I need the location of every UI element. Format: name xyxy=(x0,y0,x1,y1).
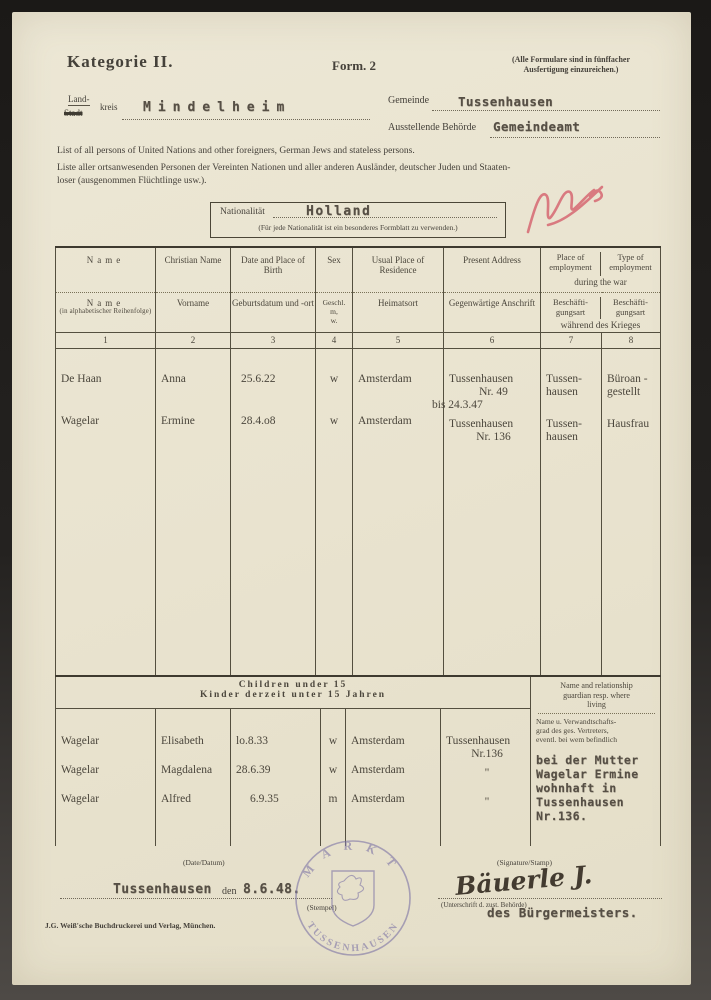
red-pencil-scribble xyxy=(520,178,616,244)
person-residence: Amsterdam xyxy=(358,415,441,428)
child-christian-name: Magdalena xyxy=(161,764,228,777)
nationality-note: (Für jede Nationalität ist ein besondere… xyxy=(211,223,505,232)
person-name: De Haan xyxy=(61,373,153,386)
child-name: Wagelar xyxy=(61,793,153,806)
sex-de-label: Geschl. xyxy=(316,298,352,307)
guardian-header-de: Name u. Verwandtschafts- grad des ges. V… xyxy=(536,717,657,744)
land-label: Land- xyxy=(68,94,90,106)
col-header-address-en: Present Address xyxy=(444,247,541,292)
children-title-de: Kinder derzeit unter 15 Jahren xyxy=(56,690,530,700)
col-number: 8 xyxy=(602,332,661,348)
person-sex: w xyxy=(316,415,352,428)
child-residence: Amsterdam xyxy=(351,764,438,777)
col-number: 2 xyxy=(156,332,231,348)
child-address-ditto: " xyxy=(446,767,528,780)
col-header-birth-en: Date and Place of Birth xyxy=(231,247,316,292)
header-row-english: Name Christian Name Date and Place of Bi… xyxy=(56,247,661,292)
address-line: Tussenhausen xyxy=(449,418,538,431)
col-header-residence-de: Heimatsort xyxy=(353,292,444,332)
cell-employment-type: Büroan - gestellt Hausfrau xyxy=(602,348,661,675)
employment-type: Hausfrau xyxy=(607,418,658,431)
child-sex: m xyxy=(321,793,345,806)
table-body: De Haan Wagelar Anna Ermine 25.6.22 28.4… xyxy=(56,348,661,675)
employment-type: Büroan - gestellt xyxy=(607,373,658,399)
gemeinde-label: Gemeinde xyxy=(388,95,429,106)
copies-note-line: Ausfertigung einzureichen.) xyxy=(476,65,666,75)
child-sex: w xyxy=(321,735,345,748)
child-christian-name: Alfred xyxy=(161,793,228,806)
municipal-stamp: MARKT TUSSENHAUSEN xyxy=(291,836,415,960)
col-header-sex-en: Sex xyxy=(316,247,353,292)
col-number: 5 xyxy=(353,332,444,348)
cell-birth: 25.6.22 28.4.o8 xyxy=(231,348,316,675)
date-label: (Date/Datum) xyxy=(183,858,225,867)
child-name: Wagelar xyxy=(61,764,153,777)
child-christian-name: Elisabeth xyxy=(161,735,228,748)
nationality-value: Holland xyxy=(306,204,371,219)
child-name: Wagelar xyxy=(61,735,153,748)
guardian-note-line: wohnhaft in xyxy=(536,781,657,795)
employment-place-line: Tussen- xyxy=(546,418,599,431)
address-line: bis 24.3.47 xyxy=(432,399,538,412)
guardian-divider xyxy=(538,713,655,714)
name-de-sub: (in alphabetischer Reihenfolge) xyxy=(56,308,155,315)
employment-place-line: Tussen- xyxy=(546,373,599,386)
cell-child-christian: Elisabeth Magdalena Alfred xyxy=(156,708,231,846)
nationality-label: Nationalität xyxy=(220,207,265,217)
employment-place-line: hausen xyxy=(546,431,599,444)
scanned-registration-form: Kategorie II. Form. 2 (Alle Formulare si… xyxy=(0,0,711,1000)
person-address: Tussenhausen Nr. 49 bis 24.3.47 xyxy=(449,373,538,412)
employment-split-en: Place of employment Type of employment xyxy=(541,252,660,276)
name-de-label: Name xyxy=(56,298,155,308)
copies-note: (Alle Formulare sind in fünffacher Ausfe… xyxy=(476,55,666,75)
children-title: Children under 15 Kinder derzeit unter 1… xyxy=(56,676,531,708)
form-number: Form. 2 xyxy=(332,58,376,74)
col-header-emp-place-en: Place of employment xyxy=(541,252,600,276)
den-label: den xyxy=(222,886,236,897)
guardian-note: bei der Mutter Wagelar Ermine wohnhaft i… xyxy=(536,753,657,823)
employment-place: Tussen- hausen xyxy=(546,418,599,444)
svg-text:MARKT: MARKT xyxy=(299,839,407,880)
person-name: Wagelar xyxy=(61,415,153,428)
employment-place-line: hausen xyxy=(546,386,599,399)
guardian-en-line: living xyxy=(536,700,657,710)
guardian-en-line: guardian resp. where xyxy=(536,691,657,701)
guardian-de-line: eventl. bei wem befindlich xyxy=(536,735,657,744)
col-header-emp-place-de: Beschäfti-gungsart xyxy=(541,297,600,319)
guardian-note-line: Nr.136. xyxy=(536,809,657,823)
child-sex: w xyxy=(321,764,345,777)
employment-type-line: Hausfrau xyxy=(607,418,658,431)
address-line: Nr. 49 xyxy=(449,386,538,399)
child-residence: Amsterdam xyxy=(351,735,438,748)
cell-name: De Haan Wagelar xyxy=(56,348,156,675)
cell-child-birth: lo.8.33 28.6.39 6.9.35 xyxy=(231,708,321,846)
col-header-name-de: Name (in alphabetischer Reihenfolge) xyxy=(56,292,156,332)
copies-note-line: (Alle Formulare sind in fünffacher xyxy=(476,55,666,65)
col-header-birth-de: Geburtsdatum und -ort xyxy=(231,292,316,332)
persons-table: Name Christian Name Date and Place of Bi… xyxy=(55,246,661,675)
intro-german-line1: Liste aller ortsanwesenden Personen der … xyxy=(57,163,667,173)
col-number: 7 xyxy=(541,332,602,348)
guardian-note-line: bei der Mutter xyxy=(536,753,657,767)
behoerde-label: Ausstellende Behörde xyxy=(388,122,476,133)
person-christian-name: Ermine xyxy=(161,415,228,428)
person-address: Tussenhausen Nr. 136 xyxy=(449,418,538,444)
gemeinde-value: Tussenhausen xyxy=(458,94,553,109)
guardian-en-line: Name and relationship xyxy=(536,681,657,691)
header-row-numbers: 1 2 3 4 5 6 7 8 xyxy=(56,332,661,348)
guardian-header-en: Name and relationship guardian resp. whe… xyxy=(536,681,657,710)
guardian-de-line: Name u. Verwandtschafts- xyxy=(536,717,657,726)
employment-place: Tussen- hausen xyxy=(546,373,599,399)
col-number: 6 xyxy=(444,332,541,348)
child-birth: 6.9.35 xyxy=(250,793,318,806)
address-line: Tussenhausen xyxy=(446,735,528,748)
person-residence: Amsterdam xyxy=(358,373,441,386)
child-birth: 28.6.39 xyxy=(236,764,318,777)
person-sex: w xyxy=(316,373,352,386)
guardian-column: Name and relationship guardian resp. whe… xyxy=(531,676,661,846)
signer-role-value: des Bürgermeisters. xyxy=(487,905,638,920)
person-christian-name: Anna xyxy=(161,373,228,386)
child-residence: Amsterdam xyxy=(351,793,438,806)
svg-text:TUSSENHAUSEN: TUSSENHAUSEN xyxy=(305,920,402,954)
printer-credit: J.G. Weiß'sche Buchdruckerei und Verlag,… xyxy=(45,921,215,930)
col-header-residence-en: Usual Place of Residence xyxy=(353,247,444,292)
sex-de-sub-m: m, xyxy=(316,307,352,316)
address-line: Nr. 136 xyxy=(449,431,538,444)
col-header-employment-de: Beschäfti-gungsart Beschäfti-gungsart wä… xyxy=(541,292,661,332)
person-birth: 28.4.o8 xyxy=(241,415,313,428)
address-line: Tussenhausen xyxy=(449,373,538,386)
employment-split-de: Beschäfti-gungsart Beschäfti-gungsart xyxy=(541,297,660,319)
cell-christian: Anna Ermine xyxy=(156,348,231,675)
category-title: Kategorie II. xyxy=(67,52,173,72)
cell-employment-place: Tussen- hausen Tussen- hausen xyxy=(541,348,602,675)
cell-residence: Amsterdam Amsterdam xyxy=(353,348,444,675)
child-birth: lo.8.33 xyxy=(236,735,318,748)
during-the-war-label: during the war xyxy=(541,276,660,287)
stadt-label-struck: Stadt xyxy=(64,108,83,118)
guardian-note-line: Tussenhausen xyxy=(536,795,657,809)
col-header-employment-en: Place of employment Type of employment d… xyxy=(541,247,661,292)
person-birth: 25.6.22 xyxy=(241,373,313,386)
intro-english: List of all persons of United Nations an… xyxy=(57,146,662,156)
employment-type-line: Büroan - xyxy=(607,373,658,386)
col-header-emp-type-en: Type of employment xyxy=(600,252,660,276)
waehrend-des-krieges-label: während des Krieges xyxy=(541,319,660,331)
kreis-label: kreis xyxy=(100,102,118,112)
employment-type-line: gestellt xyxy=(607,386,658,399)
stamp-bottom-text: TUSSENHAUSEN xyxy=(305,920,402,954)
col-header-address-de: Gegenwärtige Anschrift xyxy=(444,292,541,332)
stamp-top-text: MARKT xyxy=(299,839,407,880)
cell-child-residence: Amsterdam Amsterdam Amsterdam xyxy=(346,708,441,846)
date-place-value: Tussenhausen xyxy=(113,882,212,897)
nationality-box: Nationalität Holland (Für jede Nationali… xyxy=(210,202,506,238)
col-header-christian-de: Vorname xyxy=(156,292,231,332)
guardian-note-line: Wagelar Ermine xyxy=(536,767,657,781)
child-address-ditto: " xyxy=(446,796,528,809)
cell-child-sex: w w m xyxy=(321,708,346,846)
behoerde-value: Gemeindeamt xyxy=(493,119,580,134)
address-line: Nr.136 xyxy=(446,748,528,761)
header-row-german: Name (in alphabetischer Reihenfolge) Vor… xyxy=(56,292,661,332)
cell-sex: w w xyxy=(316,348,353,675)
children-table: Children under 15 Kinder derzeit unter 1… xyxy=(55,675,661,846)
cell-child-name: Wagelar Wagelar Wagelar xyxy=(56,708,156,846)
cell-address: Tussenhausen Nr. 49 bis 24.3.47 Tussenha… xyxy=(444,348,541,675)
guardian-de-line: grad des ges. Vertreters, xyxy=(536,726,657,735)
col-number: 3 xyxy=(231,332,316,348)
children-title-en: Children under 15 xyxy=(56,680,530,690)
sex-de-sub-w: w. xyxy=(316,316,352,325)
col-header-christian-en: Christian Name xyxy=(156,247,231,292)
kreis-value: Mindelheim xyxy=(143,100,291,115)
children-header-row: Children under 15 Kinder derzeit unter 1… xyxy=(56,676,661,708)
col-header-name-en: Name xyxy=(56,247,156,292)
cell-child-address: Tussenhausen Nr.136 " " xyxy=(441,708,531,846)
col-number: 4 xyxy=(316,332,353,348)
col-header-emp-type-de: Beschäfti-gungsart xyxy=(600,297,660,319)
child-address: Tussenhausen Nr.136 xyxy=(446,735,528,761)
col-number: 1 xyxy=(56,332,156,348)
col-header-sex-de: Geschl. m, w. xyxy=(316,292,353,332)
